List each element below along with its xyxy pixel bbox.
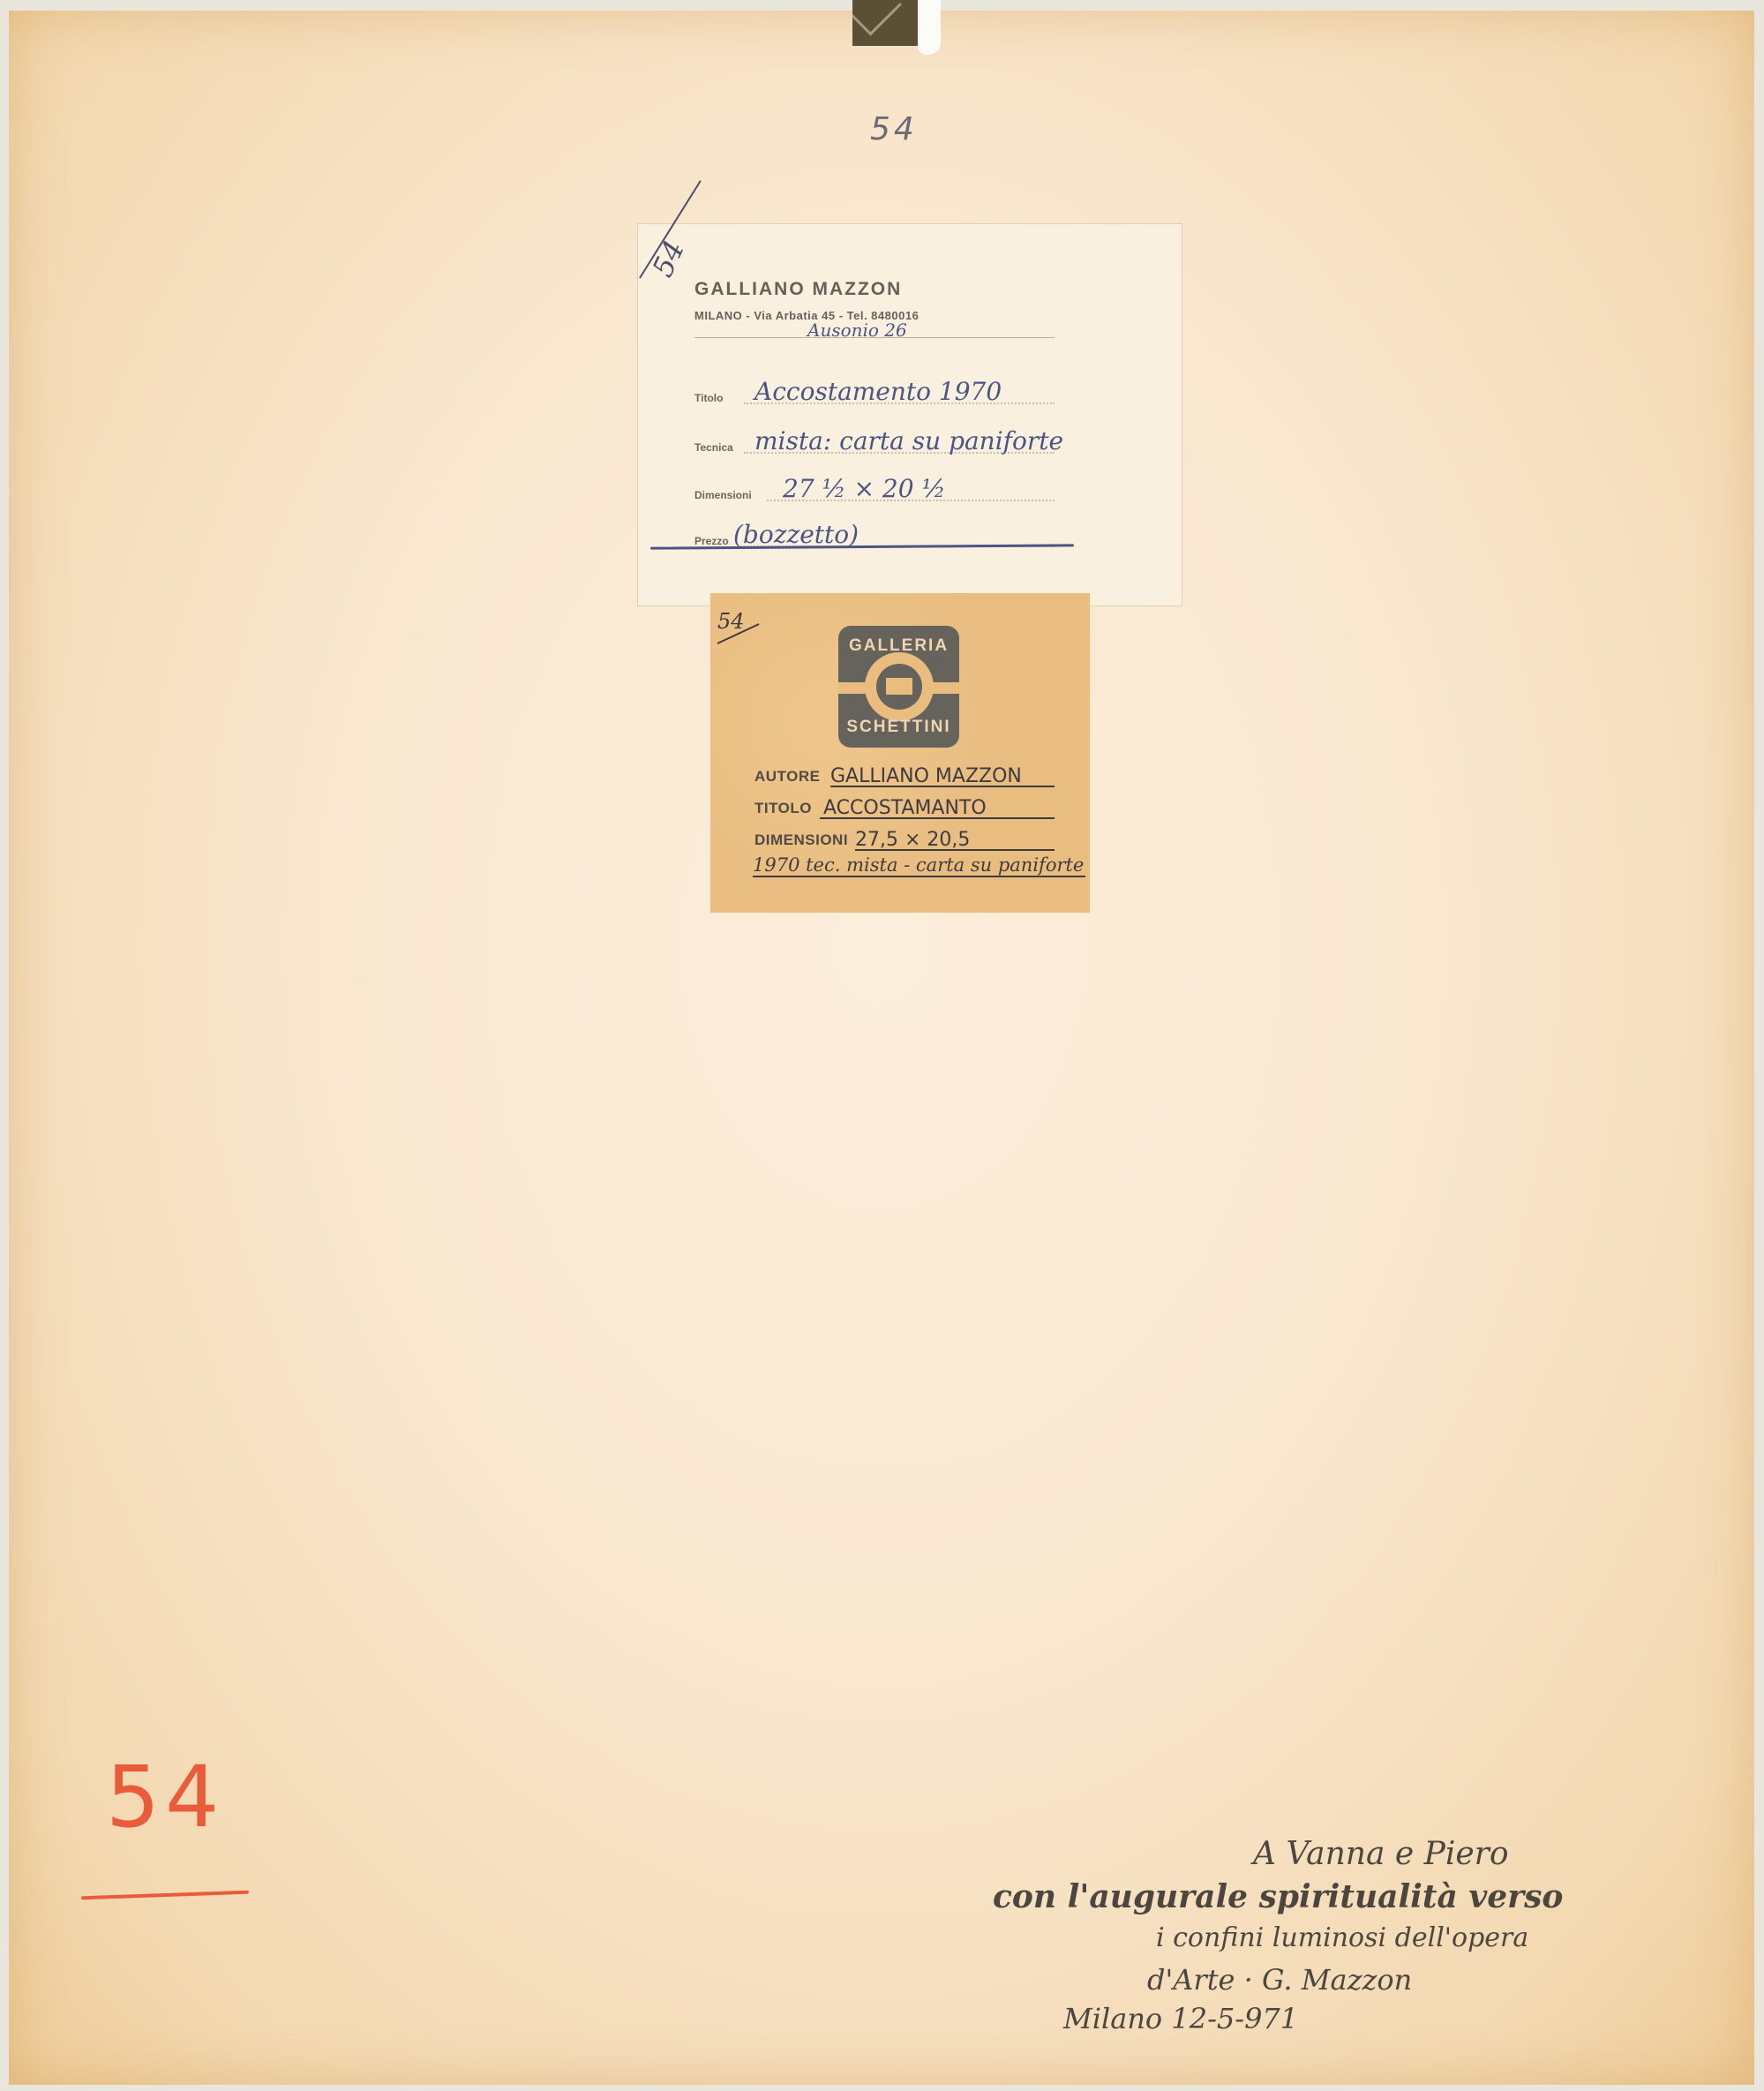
field-value: 27,5 × 20,5 [855, 829, 970, 851]
field-label: Tecnica [694, 441, 733, 454]
field-titolo: Titolo Accostamento 1970 [694, 374, 1055, 410]
artist-label-card: 54 GALLIANO MAZZON MILANO - Via Arbatia … [638, 224, 1182, 605]
gallery-label-number: 54 [717, 609, 745, 634]
field-dimensioni: Dimensioni 27 ½ × 20 ½ [694, 471, 1055, 507]
dedication-line: i confini luminosi dell'opera [1156, 1922, 1528, 1953]
field-label: AUTORE [754, 768, 820, 786]
hanger-clip-icon [852, 0, 921, 46]
field-label: TITOLO [754, 800, 812, 817]
gallery-footer-note: 1970 tec. mista - carta su paniforte [753, 854, 1085, 877]
field-label: Prezzo [694, 535, 729, 547]
field-label: Dimensioni [694, 489, 752, 501]
field-value: mista: carta su paniforte [754, 426, 1063, 455]
dedication-date: Milano 12-5-971 [1063, 2002, 1298, 2035]
galleria-schettini-logo: GALLERIA SCHETTINI [838, 626, 959, 748]
dedication-line: con l'augurale spiritualità verso [993, 1878, 1563, 1915]
top-pencil-number: 54 [870, 111, 918, 147]
dedication-signature: d'Arte · G. Mazzon [1147, 1963, 1412, 1997]
underline [830, 786, 1055, 787]
field-value: GALLIANO MAZZON [830, 765, 1022, 787]
field-value: 27 ½ × 20 ½ [783, 474, 946, 503]
gallery-field-titolo: TITOLO ACCOSTAMANTO [754, 789, 1055, 821]
field-value: (bozzetto) [733, 520, 859, 549]
gallery-field-autore: AUTORE GALLIANO MAZZON [754, 757, 1055, 789]
artist-name: GALLIANO MAZZON [694, 279, 902, 300]
field-label: DIMENSIONI [754, 831, 848, 849]
field-label: Titolo [694, 392, 723, 404]
field-tecnica: Tecnica mista: carta su paniforte [694, 424, 1055, 459]
underline [820, 817, 1055, 819]
logo-top-text: GALLERIA [838, 636, 959, 656]
dedication-line: A Vanna e Piero [1253, 1836, 1509, 1872]
field-value: ACCOSTAMANTO [823, 797, 987, 819]
gallery-label-card: 54 GALLERIA SCHETTINI AUTORE GALLIANO MA… [710, 593, 1090, 913]
underline [855, 849, 1055, 851]
divider [694, 337, 1055, 338]
gallery-field-dimensioni: DIMENSIONI 27,5 × 20,5 [754, 821, 1055, 853]
tape-patch [918, 0, 941, 55]
field-value: Accostamento 1970 [754, 377, 1002, 406]
red-inventory-number: 54 [106, 1748, 224, 1847]
logo-bottom-text: SCHETTINI [838, 718, 959, 737]
